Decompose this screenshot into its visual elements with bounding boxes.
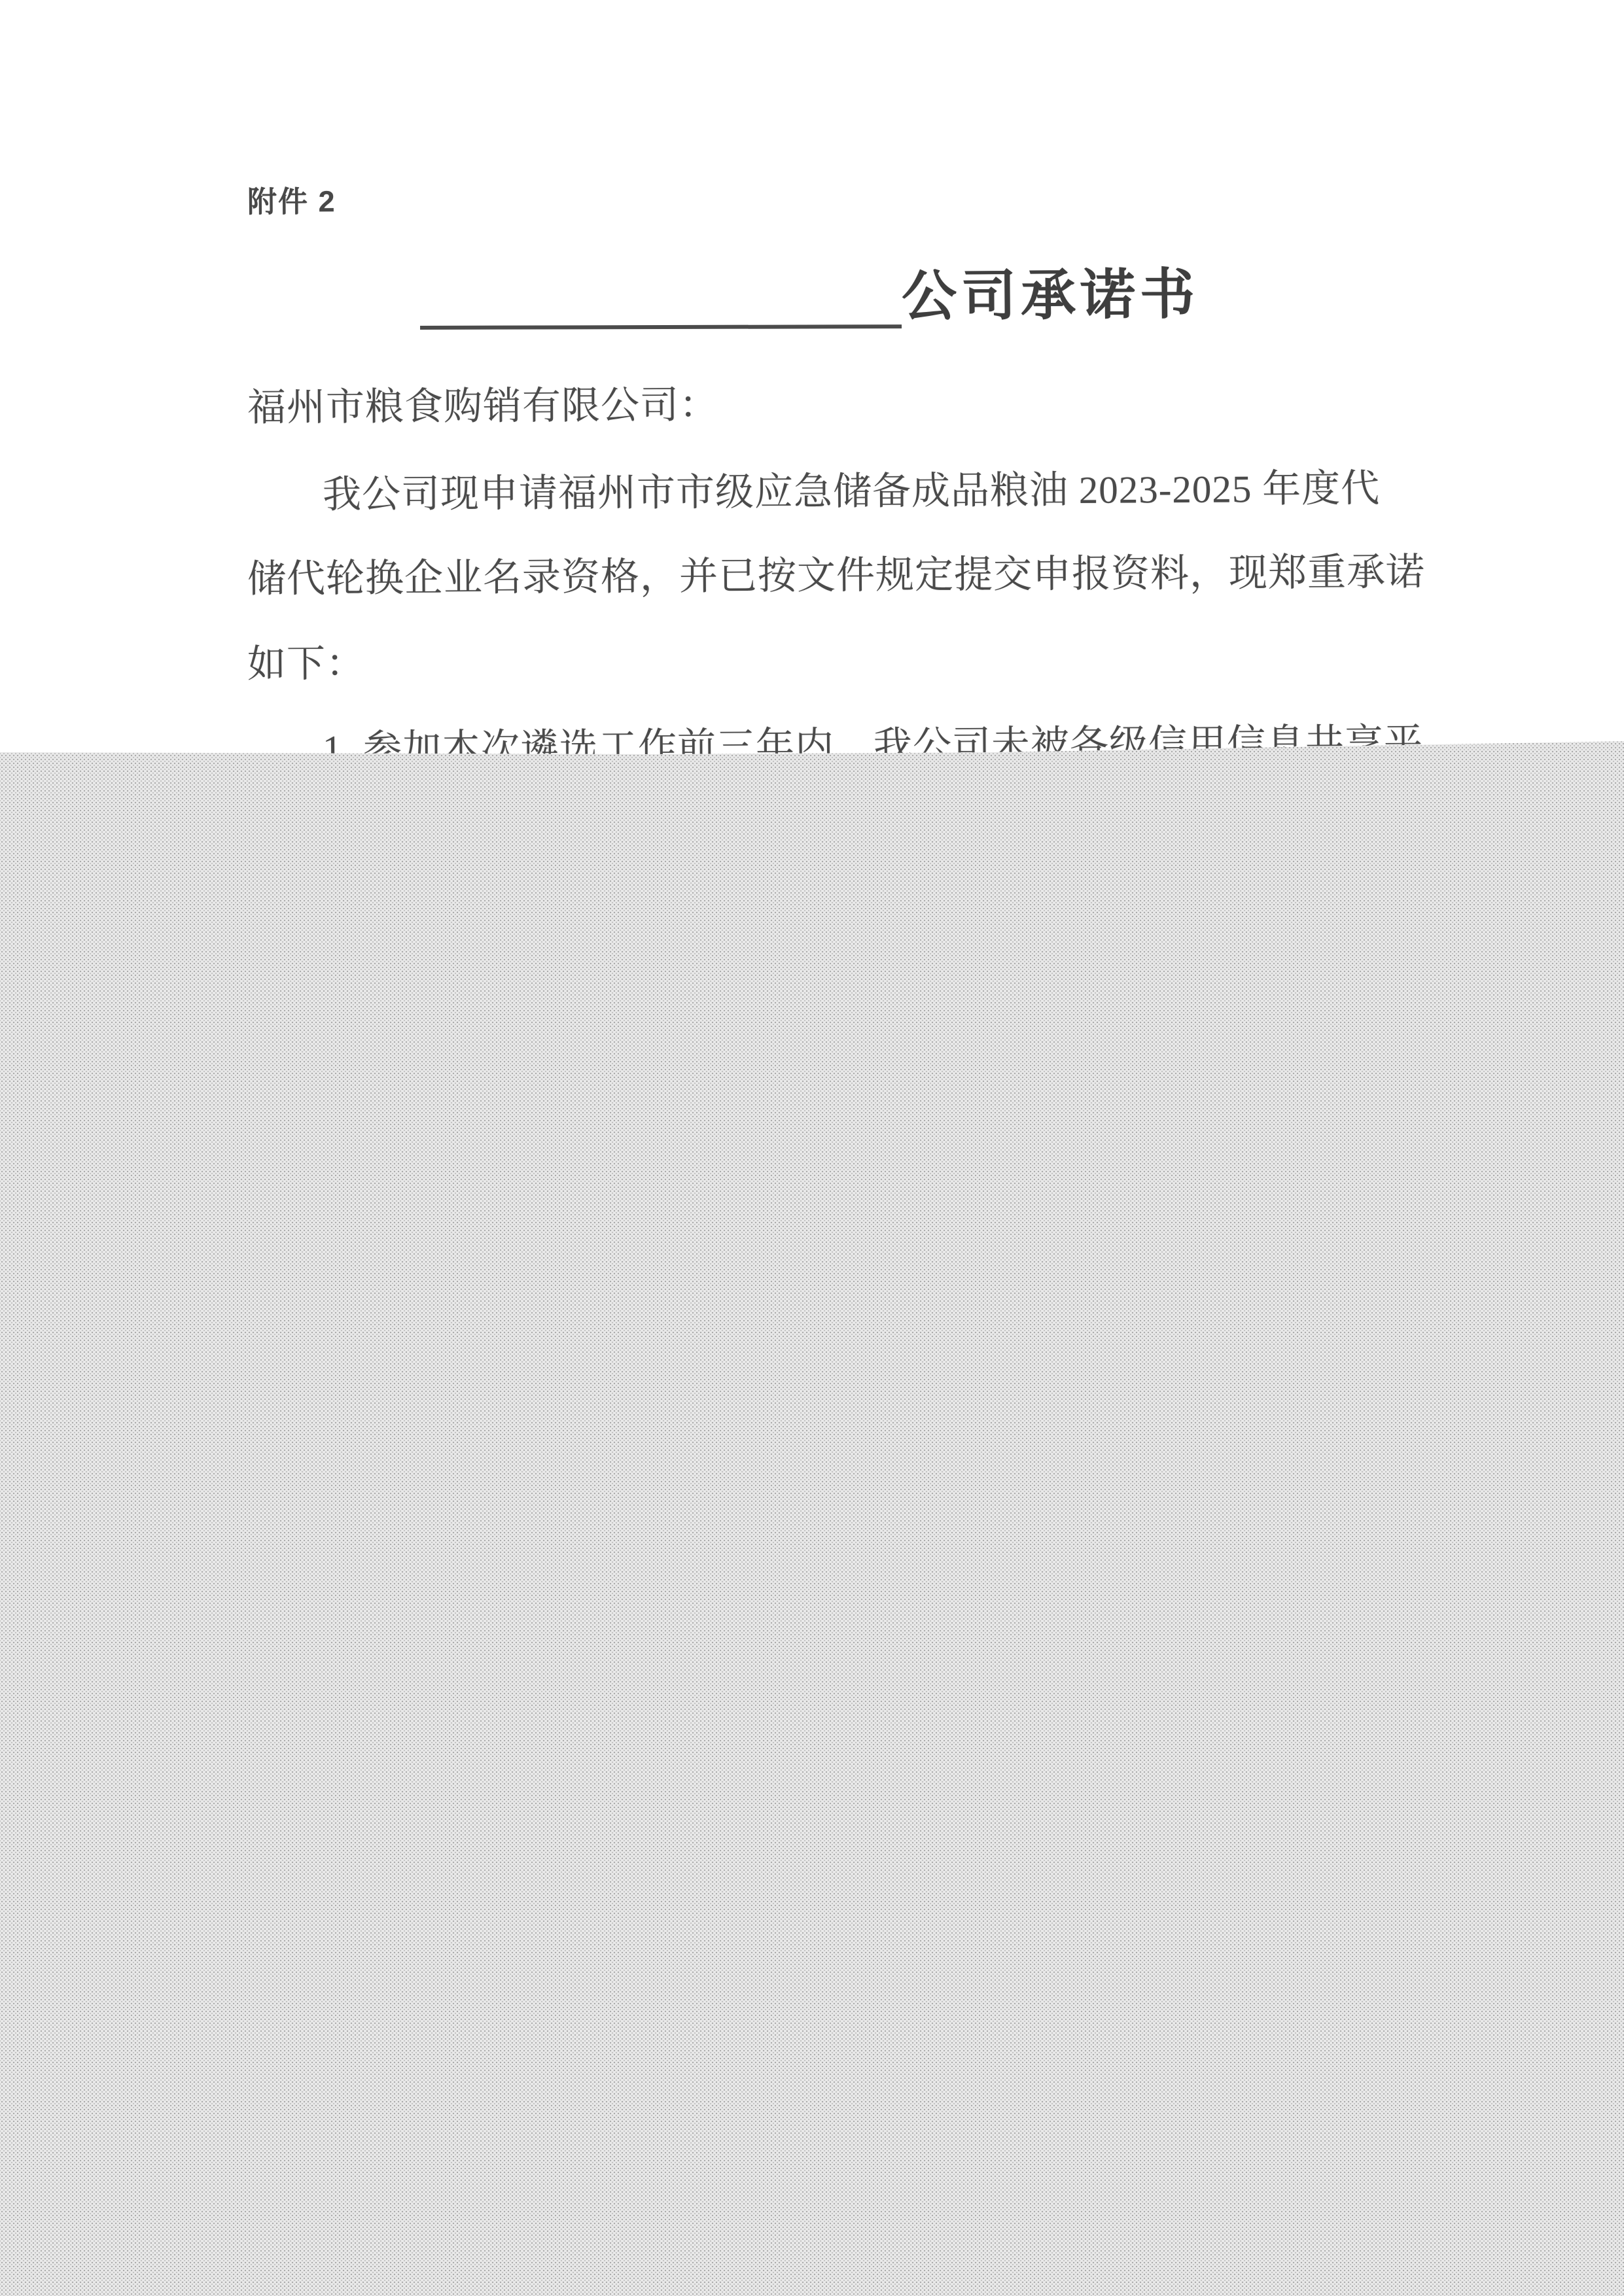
- body-line-1: 我公司现申请福州市市级应急储备成品粮油 2023-2025 年度代: [323, 469, 1380, 514]
- body-line-3: 如下：: [247, 644, 365, 684]
- unrendered-page-region: [0, 0, 1624, 2296]
- body-line-2: 储代轮换企业名录资格，并已按文件规定提交申报资料，现郑重承诺: [247, 553, 1425, 599]
- document-page: 附件 2 公司承诺书 福州市粮食购销有限公司： 我公司现申请福州市市级应急储备成…: [0, 0, 1624, 2296]
- attachment-label: 附件 2: [247, 177, 336, 220]
- company-name-blank-line: [420, 305, 902, 330]
- document-title: 公司承诺书: [902, 268, 1200, 325]
- salutation-line: 福州市粮食购销有限公司：: [247, 386, 718, 427]
